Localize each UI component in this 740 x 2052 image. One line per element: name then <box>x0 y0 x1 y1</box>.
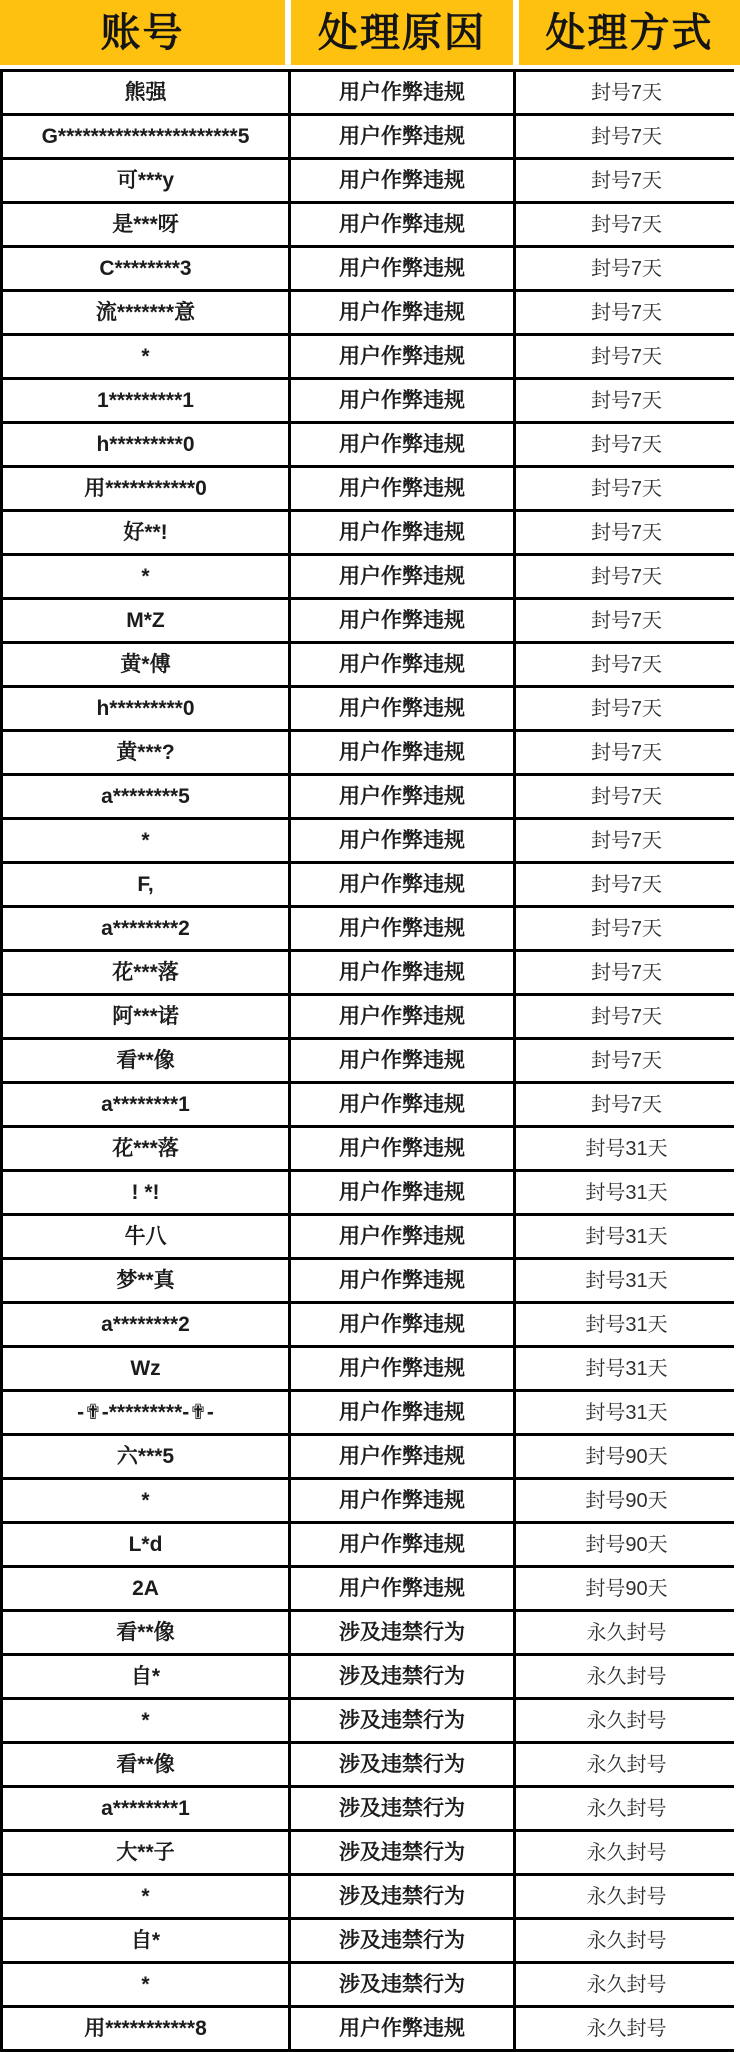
account-cell: L*d <box>3 1524 288 1565</box>
account-cell: a********2 <box>3 908 288 949</box>
reason-cell: 涉及违禁行为 <box>291 1744 513 1785</box>
account-cell: 用***********8 <box>3 2008 288 2049</box>
account-cell: * <box>3 820 288 861</box>
account-cell: * <box>3 1964 288 2005</box>
account-cell: a********2 <box>3 1304 288 1345</box>
reason-cell: 用户作弊违规 <box>291 116 513 157</box>
action-cell: 封号7天 <box>516 380 737 421</box>
account-cell: 大**子 <box>3 1832 288 1873</box>
account-cell: M*Z <box>3 600 288 641</box>
account-cell: 熊强 <box>3 72 288 113</box>
account-cell: 好**! <box>3 512 288 553</box>
action-cell: 永久封号 <box>516 1832 737 1873</box>
reason-cell: 用户作弊违规 <box>291 908 513 949</box>
action-cell: 永久封号 <box>516 1656 737 1697</box>
action-cell: 封号31天 <box>516 1128 737 1169</box>
reason-cell: 用户作弊违规 <box>291 204 513 245</box>
action-cell: 封号90天 <box>516 1568 737 1609</box>
account-cell: * <box>3 556 288 597</box>
account-cell: 看**像 <box>3 1744 288 1785</box>
reason-cell: 用户作弊违规 <box>291 688 513 729</box>
account-cell: * <box>3 1480 288 1521</box>
action-cell: 封号31天 <box>516 1172 737 1213</box>
account-cell: 牛八 <box>3 1216 288 1257</box>
reason-cell: 涉及违禁行为 <box>291 1964 513 2005</box>
reason-cell: 用户作弊违规 <box>291 1216 513 1257</box>
action-cell: 封号7天 <box>516 732 737 773</box>
reason-cell: 用户作弊违规 <box>291 820 513 861</box>
account-cell: 梦**真 <box>3 1260 288 1301</box>
reason-cell: 用户作弊违规 <box>291 1348 513 1389</box>
action-cell: 封号7天 <box>516 468 737 509</box>
action-cell: 封号90天 <box>516 1524 737 1565</box>
account-cell: 看**像 <box>3 1040 288 1081</box>
action-cell: 封号7天 <box>516 1084 737 1125</box>
action-cell: 永久封号 <box>516 1788 737 1829</box>
reason-cell: 用户作弊违规 <box>291 732 513 773</box>
action-cell: 封号7天 <box>516 160 737 201</box>
action-cell: 封号7天 <box>516 556 737 597</box>
punishment-table-page: 账号 处理原因 处理方式 熊强 用户作弊违规 封号7天 G***********… <box>0 0 740 2052</box>
reason-cell: 用户作弊违规 <box>291 864 513 905</box>
reason-cell: 用户作弊违规 <box>291 292 513 333</box>
reason-cell: 用户作弊违规 <box>291 512 513 553</box>
account-cell: a********1 <box>3 1788 288 1829</box>
reason-cell: 用户作弊违规 <box>291 1524 513 1565</box>
action-cell: 永久封号 <box>516 1744 737 1785</box>
account-cell: 自* <box>3 1920 288 1961</box>
action-cell: 封号31天 <box>516 1392 737 1433</box>
reason-cell: 用户作弊违规 <box>291 248 513 289</box>
action-cell: 封号7天 <box>516 336 737 377</box>
action-cell: 封号7天 <box>516 996 737 1037</box>
action-cell: 封号31天 <box>516 1304 737 1345</box>
reason-cell: 用户作弊违规 <box>291 1128 513 1169</box>
action-cell: 封号7天 <box>516 248 737 289</box>
reason-cell: 涉及违禁行为 <box>291 1876 513 1917</box>
action-cell: 封号31天 <box>516 1216 737 1257</box>
action-cell: 封号90天 <box>516 1436 737 1477</box>
reason-cell: 用户作弊违规 <box>291 556 513 597</box>
account-cell: 花***落 <box>3 952 288 993</box>
reason-cell: 用户作弊违规 <box>291 424 513 465</box>
action-cell: 永久封号 <box>516 2008 737 2049</box>
reason-cell: 用户作弊违规 <box>291 380 513 421</box>
action-cell: 封号31天 <box>516 1260 737 1301</box>
action-cell: 封号7天 <box>516 292 737 333</box>
table-header: 账号 处理原因 处理方式 <box>0 0 740 65</box>
reason-cell: 用户作弊违规 <box>291 1040 513 1081</box>
reason-cell: 用户作弊违规 <box>291 1392 513 1433</box>
reason-cell: 用户作弊违规 <box>291 2008 513 2049</box>
action-cell: 封号7天 <box>516 512 737 553</box>
action-cell: 封号90天 <box>516 1480 737 1521</box>
column-header-action: 处理方式 <box>519 0 740 65</box>
account-cell: 六***5 <box>3 1436 288 1477</box>
account-cell: * <box>3 1876 288 1917</box>
reason-cell: 涉及违禁行为 <box>291 1832 513 1873</box>
account-cell: a********1 <box>3 1084 288 1125</box>
action-cell: 永久封号 <box>516 1920 737 1961</box>
reason-cell: 用户作弊违规 <box>291 1172 513 1213</box>
action-cell: 封号7天 <box>516 1040 737 1081</box>
reason-cell: 用户作弊违规 <box>291 336 513 377</box>
reason-cell: 涉及违禁行为 <box>291 1612 513 1653</box>
account-cell: 阿***诺 <box>3 996 288 1037</box>
account-cell: 用***********0 <box>3 468 288 509</box>
action-cell: 封号7天 <box>516 908 737 949</box>
reason-cell: 用户作弊违规 <box>291 600 513 641</box>
reason-cell: 用户作弊违规 <box>291 468 513 509</box>
account-cell: -✟-*********-✟- <box>3 1392 288 1433</box>
account-cell: 2A <box>3 1568 288 1609</box>
action-cell: 永久封号 <box>516 1964 737 2005</box>
action-cell: 封号7天 <box>516 424 737 465</box>
account-cell: 自* <box>3 1656 288 1697</box>
action-cell: 封号31天 <box>516 1348 737 1389</box>
account-cell: h*********0 <box>3 424 288 465</box>
account-cell: a********5 <box>3 776 288 817</box>
column-header-account: 账号 <box>0 0 285 65</box>
reason-cell: 涉及违禁行为 <box>291 1920 513 1961</box>
reason-cell: 用户作弊违规 <box>291 1304 513 1345</box>
reason-cell: 用户作弊违规 <box>291 776 513 817</box>
reason-cell: 用户作弊违规 <box>291 996 513 1037</box>
reason-cell: 用户作弊违规 <box>291 160 513 201</box>
reason-cell: 用户作弊违规 <box>291 72 513 113</box>
reason-cell: 涉及违禁行为 <box>291 1656 513 1697</box>
action-cell: 封号7天 <box>516 600 737 641</box>
reason-cell: 涉及违禁行为 <box>291 1700 513 1741</box>
account-cell: F, <box>3 864 288 905</box>
reason-cell: 用户作弊违规 <box>291 1568 513 1609</box>
account-cell: ! *! <box>3 1172 288 1213</box>
action-cell: 封号7天 <box>516 820 737 861</box>
reason-cell: 用户作弊违规 <box>291 644 513 685</box>
action-cell: 封号7天 <box>516 776 737 817</box>
reason-cell: 用户作弊违规 <box>291 1260 513 1301</box>
account-cell: * <box>3 1700 288 1741</box>
account-cell: 花***落 <box>3 1128 288 1169</box>
reason-cell: 用户作弊违规 <box>291 952 513 993</box>
reason-cell: 涉及违禁行为 <box>291 1788 513 1829</box>
action-cell: 封号7天 <box>516 116 737 157</box>
action-cell: 永久封号 <box>516 1700 737 1741</box>
action-cell: 封号7天 <box>516 864 737 905</box>
account-cell: 流*******意 <box>3 292 288 333</box>
action-cell: 封号7天 <box>516 72 737 113</box>
action-cell: 封号7天 <box>516 644 737 685</box>
account-cell: 1*********1 <box>3 380 288 421</box>
account-cell: 看**像 <box>3 1612 288 1653</box>
action-cell: 永久封号 <box>516 1612 737 1653</box>
account-cell: 黄***? <box>3 732 288 773</box>
action-cell: 永久封号 <box>516 1876 737 1917</box>
action-cell: 封号7天 <box>516 204 737 245</box>
account-cell: 是***呀 <box>3 204 288 245</box>
account-cell: C********3 <box>3 248 288 289</box>
action-cell: 封号7天 <box>516 688 737 729</box>
account-cell: 黄*傅 <box>3 644 288 685</box>
account-cell: * <box>3 336 288 377</box>
column-header-reason: 处理原因 <box>291 0 513 65</box>
table-body: 熊强 用户作弊违规 封号7天 G**********************5 … <box>0 69 734 2052</box>
reason-cell: 用户作弊违规 <box>291 1084 513 1125</box>
account-cell: Wz <box>3 1348 288 1389</box>
account-cell: h*********0 <box>3 688 288 729</box>
action-cell: 封号7天 <box>516 952 737 993</box>
reason-cell: 用户作弊违规 <box>291 1436 513 1477</box>
reason-cell: 用户作弊违规 <box>291 1480 513 1521</box>
account-cell: 可***y <box>3 160 288 201</box>
account-cell: G**********************5 <box>3 116 288 157</box>
